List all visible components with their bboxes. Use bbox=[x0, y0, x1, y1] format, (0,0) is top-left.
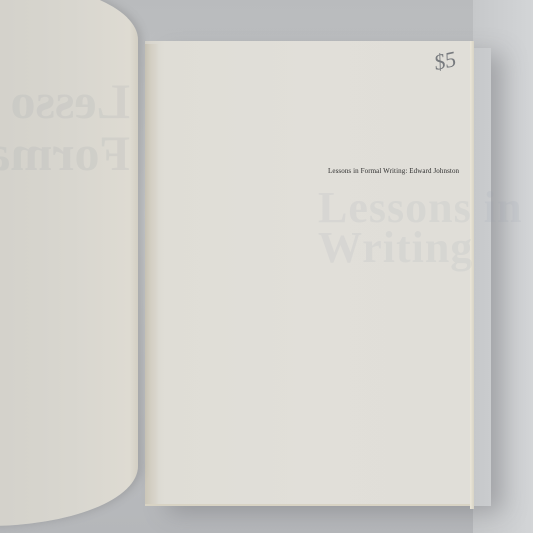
book-photo: Lessons in Writing $5 Lessons in Formal … bbox=[0, 0, 533, 533]
book-gutter bbox=[145, 44, 159, 504]
left-show-through-text: Lesso Formal bbox=[0, 75, 130, 179]
left-page: Lesso Formal bbox=[0, 0, 138, 526]
right-page bbox=[145, 41, 474, 506]
book-title-line: Lessons in Formal Writing: Edward Johnst… bbox=[328, 167, 459, 175]
show-through-text: Lessons in Writing bbox=[318, 188, 522, 268]
page-edge bbox=[470, 41, 474, 509]
